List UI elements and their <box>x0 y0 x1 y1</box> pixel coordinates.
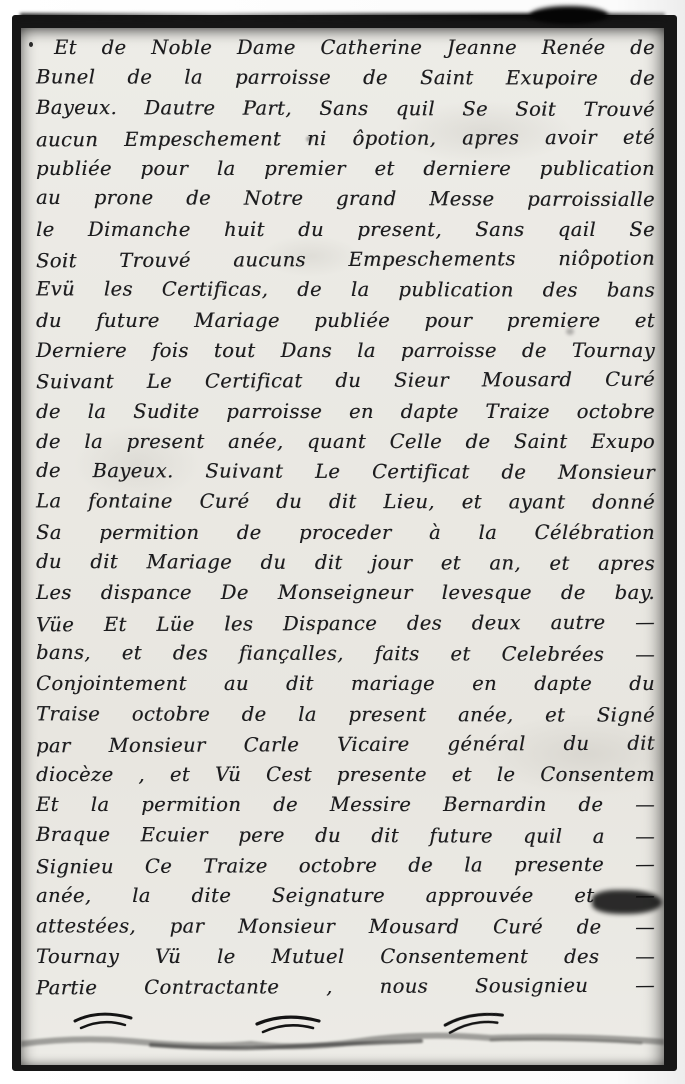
manuscript-line: Braque Ecuier pere du dit future quil a … <box>36 820 655 852</box>
manuscript-line: de la Sudite parroisse en dapte Traize o… <box>36 397 655 427</box>
manuscript-line: du dit Mariage du dit jour et an, et apr… <box>36 547 655 579</box>
manuscript-line: Partie Contractante , nous Sousignieu — <box>36 971 655 1004</box>
manuscript-line: de la present anée, quant Celle de Saint… <box>36 427 655 457</box>
manuscript-line: Signieu Ce Traize octobre de la presente… <box>36 850 655 883</box>
manuscript-line: La fontaine Curé du dit Lieu, et ayant d… <box>36 487 655 519</box>
manuscript-line: attestées, par Monsieur Mousard Curé de … <box>36 911 655 943</box>
manuscript-line: Soit Trouvé aucuns Empeschements niôpoti… <box>36 244 655 277</box>
ink-smear <box>592 890 662 914</box>
manuscript-line: Derniere fois tout Dans la parroisse de … <box>36 336 655 366</box>
manuscript-line: du future Mariage publiée pour premiere … <box>36 306 655 336</box>
manuscript-line: bans, et des fiançalles, faits et Celebr… <box>36 638 655 670</box>
flourish-mark <box>438 1006 512 1037</box>
manuscript-line: au prone de Notre grand Messe parroissia… <box>36 183 655 215</box>
manuscript-line: Conjointement au dit mariage en dapte du <box>36 669 655 699</box>
manuscript-line: Bunel de la parroisse de Saint Exupoire … <box>36 63 655 95</box>
manuscript-line: le Dimanche huit du present, Sans qail S… <box>36 215 655 245</box>
manuscript-line: aucun Empeschement ni ôpotion, apres avo… <box>36 123 655 156</box>
manuscript-line: Et la permition de Messire Bernardin de … <box>36 790 655 820</box>
manuscript-line: de Bayeux. Suivant Le Certificat de Mons… <box>36 456 655 488</box>
ink-blob-top-border <box>530 6 608 24</box>
manuscript-line: par Monsieur Carle Vicaire général du di… <box>36 728 655 761</box>
manuscript-line: Evü les Certificas, de la publication de… <box>36 275 655 307</box>
scanned-document: Et de Noble Dame Catherine Jeanne Renée … <box>0 0 685 1084</box>
manuscript-line: Suivant Le Certificat du Sieur Mousard C… <box>36 365 655 398</box>
manuscript-line: Sa permition de proceder à la Célébratio… <box>36 518 655 548</box>
manuscript-line: Les dispance De Monseigneur levesque de … <box>36 578 655 608</box>
manuscript-line: Et de Noble Dame Catherine Jeanne Renée … <box>36 33 655 63</box>
manuscript-page: Et de Noble Dame Catherine Jeanne Renée … <box>21 28 664 1065</box>
manuscript-line: Traise octobre de la present anée, et Si… <box>36 699 655 731</box>
manuscript-line: publiée pour la premier et derniere publ… <box>36 154 655 184</box>
ink-speck <box>29 42 33 47</box>
manuscript-line: diocèze , et Vü Cest presente et le Cons… <box>36 760 655 790</box>
manuscript-line: Vüe Et Lüe les Dispance des deux autre — <box>36 607 655 640</box>
flourish-mark <box>253 1012 325 1036</box>
flourish-mark <box>69 1008 141 1032</box>
manuscript-line: anée, la dite Seignature approuvée et — <box>36 881 655 911</box>
manuscript-line: Tournay Vü le Mutuel Consentement des — <box>36 942 655 972</box>
manuscript-line: Bayeux. Dautre Part, Sans quil Se Soit T… <box>36 93 655 125</box>
handwritten-text-block: Et de Noble Dame Catherine Jeanne Renée … <box>36 33 655 1003</box>
